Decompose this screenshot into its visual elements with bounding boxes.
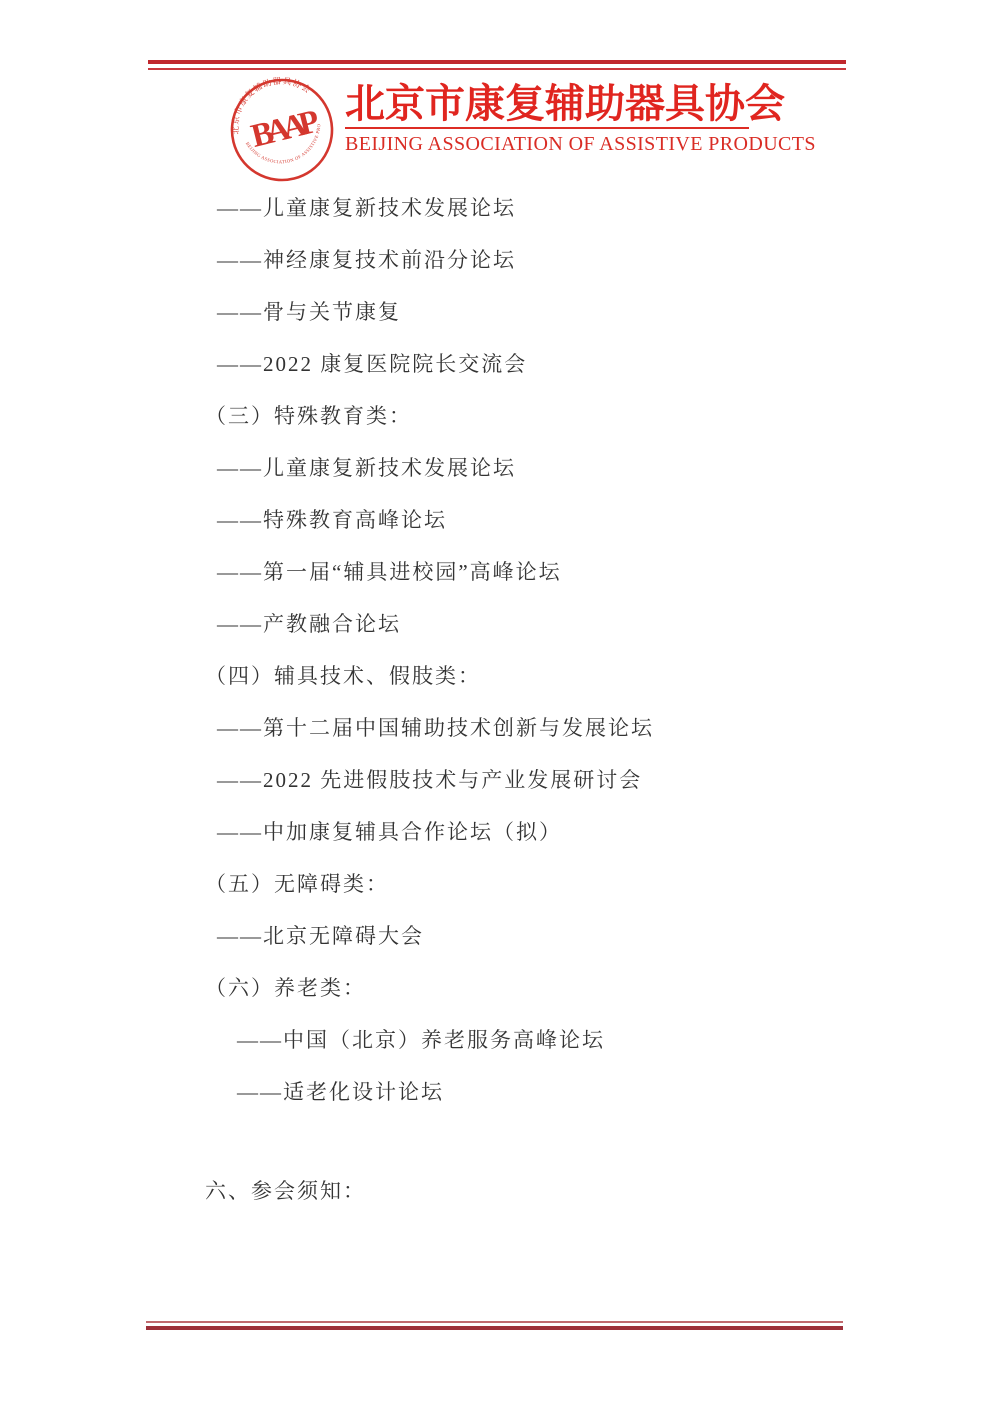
forum-list-item: ——适老化设计论坛 [0,1065,992,1117]
document-body: ——儿童康复新技术发展论坛 ——神经康复技术前沿分论坛 ——骨与关节康复 ——2… [0,181,992,1216]
forum-list-item: ——第十二届中国辅助技术创新与发展论坛 [0,701,992,753]
forum-list-item: ——2022 先进假肢技术与产业发展研讨会 [0,753,992,805]
forum-list-item: ——特殊教育高峰论坛 [0,493,992,545]
section-heading: （五）无障碍类： [0,857,992,909]
forum-list-item: ——神经康复技术前沿分论坛 [0,233,992,285]
forum-list-item: ——中加康复辅具合作论坛（拟） [0,805,992,857]
section-heading: （四）辅具技术、假肢类： [0,649,992,701]
forum-list-item: ——儿童康复新技术发展论坛 [0,441,992,493]
bottom-rule-thin [146,1321,843,1323]
forum-list-item: ——2022 康复医院院长交流会 [0,337,992,389]
forum-list-item: ——第一届“辅具进校园”高峰论坛 [0,545,992,597]
association-title-en: BEIJING ASSOCIATION OF ASSISTIVE PRODUCT… [345,133,749,155]
brand-block: 北京市康复辅助器具协会 BEIJING ASSOCIATION OF ASSIS… [345,84,749,155]
forum-list-item: ——北京无障碍大会 [0,909,992,961]
forum-list-item: ——中国（北京）养老服务高峰论坛 [0,1013,992,1065]
top-rule-thick [148,60,846,64]
brand-underline [345,127,749,129]
association-seal-logo: 北京市康复辅助器具协会 BEIJING ASSOCIATION OF ASSIS… [228,76,336,184]
document-page: 北京市康复辅助器具协会 BEIJING ASSOCIATION OF ASSIS… [0,0,992,1403]
forum-list-item: ——骨与关节康复 [0,285,992,337]
section-heading: （三）特殊教育类： [0,389,992,441]
top-rule-thin [148,68,846,70]
forum-list-item: ——产教融合论坛 [0,597,992,649]
bottom-rule-thick [146,1326,843,1330]
section-heading: 六、参会须知： [0,1164,992,1216]
association-title-cn: 北京市康复辅助器具协会 [345,84,749,124]
forum-list-item: ——儿童康复新技术发展论坛 [0,181,992,233]
section-heading: （六）养老类： [0,961,992,1013]
